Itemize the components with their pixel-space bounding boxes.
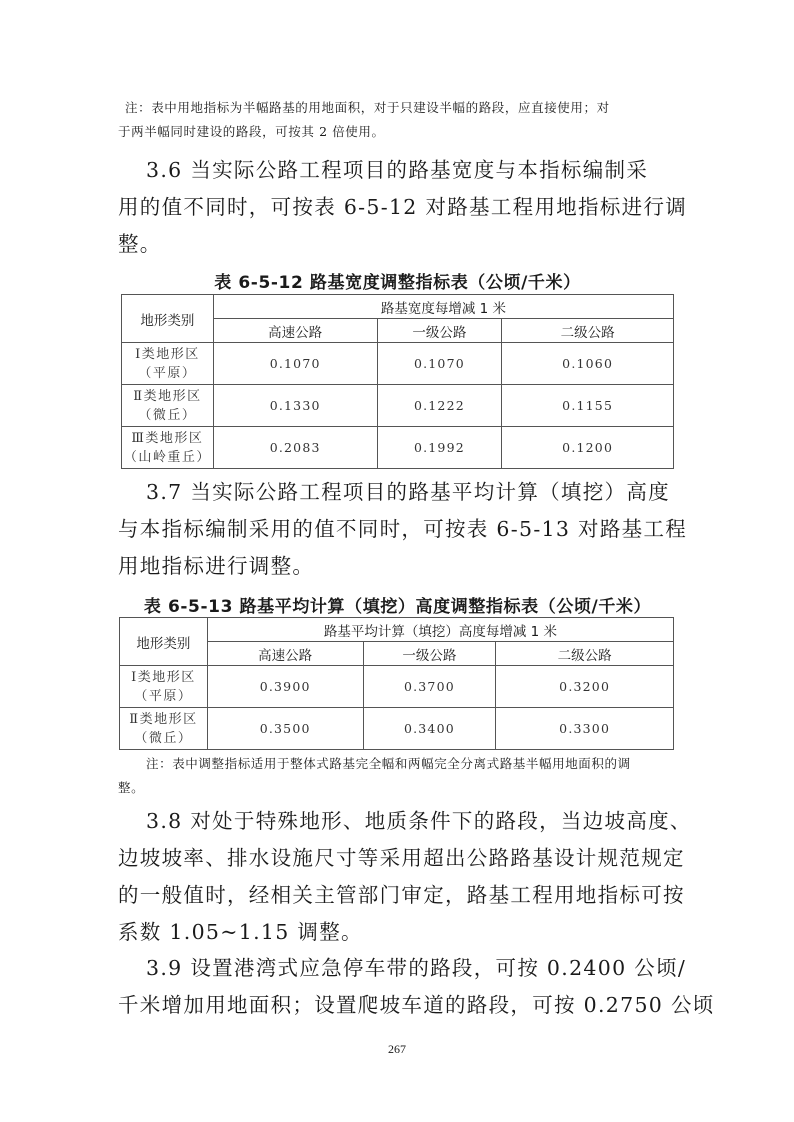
row-label: Ⅱ类地形区 （微丘） (120, 708, 208, 750)
cell-value: 0.1992 (377, 427, 502, 469)
cell-value: 0.3200 (496, 666, 674, 708)
table-6-5-12-caption: 表 6-5-12 路基宽度调整指标表（公顷/千米） (121, 268, 674, 293)
section-3-7: 3.7 当实际公路工程项目的路基平均计算（填挖）高度 与本指标编制采用的值不同时… (118, 474, 688, 585)
table-row: Ⅰ类地形区 （平原） 0.1070 0.1070 0.1060 (122, 343, 674, 385)
section-3-9-line-1: 3.9 设置港湾式应急停车带的路段，可按 0.2400 公顷/ (118, 950, 688, 987)
row-label-line-2: （平原） (122, 364, 213, 383)
section-3-6-line-2: 用的值不同时，可按表 6-5-12 对路基工程用地指标进行调 (118, 189, 688, 226)
row-label: Ⅰ类地形区 （平原） (120, 666, 208, 708)
row-label-line-1: Ⅲ类地形区 (122, 429, 213, 448)
cell-value: 0.1070 (377, 343, 502, 385)
col-header-expressway: 高速公路 (213, 319, 377, 343)
section-3-8-line-1: 3.8 对处于特殊地形、地质条件下的路段，当边坡高度、 (118, 803, 688, 840)
row-label-line-2: （山岭重丘） (122, 448, 213, 467)
col-header-class-2: 二级公路 (496, 642, 674, 666)
section-3-8-line-2: 边坡坡率、排水设施尺寸等采用超出公路路基设计规范规定 (118, 840, 688, 877)
row-header-terrain: 地形类别 (122, 295, 214, 343)
section-3-6-line-1: 3.6 当实际公路工程项目的路基宽度与本指标编制采 (118, 152, 688, 189)
section-3-9-line-2: 千米增加用地面积；设置爬坡车道的路段，可按 0.2750 公顷 (118, 987, 688, 1024)
page-number: 267 (0, 1042, 794, 1057)
group-header-height: 路基平均计算（填挖）高度每增减 1 米 (207, 618, 673, 642)
cell-value: 0.1155 (502, 385, 674, 427)
table-row: Ⅱ类地形区 （微丘） 0.1330 0.1222 0.1155 (122, 385, 674, 427)
table-6-5-12: 地形类别 路基宽度每增减 1 米 高速公路 一级公路 二级公路 Ⅰ类地形区 （平… (121, 294, 674, 469)
row-label-line-2: （微丘） (120, 729, 207, 748)
cell-value: 0.3300 (496, 708, 674, 750)
section-3-7-line-2: 与本指标编制采用的值不同时，可按表 6-5-13 对路基工程 (118, 511, 688, 548)
note-line-2: 整。 (118, 776, 688, 800)
group-header-width: 路基宽度每增减 1 米 (213, 295, 673, 319)
cell-value: 0.3900 (207, 666, 363, 708)
note-top-line-2: 于两半幅同时建设的路段，可按其 2 倍使用。 (118, 120, 678, 144)
row-label: Ⅰ类地形区 （平原） (122, 343, 214, 385)
row-label-line-1: Ⅰ类地形区 (122, 345, 213, 364)
col-header-class-1: 一级公路 (377, 319, 502, 343)
section-3-8: 3.8 对处于特殊地形、地质条件下的路段，当边坡高度、 边坡坡率、排水设施尺寸等… (118, 803, 688, 951)
note-top-continued: 于两半幅同时建设的路段，可按其 2 倍使用。 (118, 120, 678, 144)
cell-value: 0.3500 (207, 708, 363, 750)
row-label: Ⅱ类地形区 （微丘） (122, 385, 214, 427)
note-top-line-1: 注：表中用地指标为半幅路基的用地面积，对于只建设半幅的路段，应直接使用；对 (125, 96, 685, 120)
row-label-line-1: Ⅱ类地形区 (120, 710, 207, 729)
section-3-7-line-1: 3.7 当实际公路工程项目的路基平均计算（填挖）高度 (118, 474, 688, 511)
cell-value: 0.1200 (502, 427, 674, 469)
row-label-line-1: Ⅰ类地形区 (120, 668, 207, 687)
table-row: Ⅲ类地形区 （山岭重丘） 0.2083 0.1992 0.1200 (122, 427, 674, 469)
section-3-7-line-3: 用地指标进行调整。 (118, 548, 688, 585)
cell-value: 0.1070 (213, 343, 377, 385)
cell-value: 0.1060 (502, 343, 674, 385)
section-3-9: 3.9 设置港湾式应急停车带的路段，可按 0.2400 公顷/ 千米增加用地面积… (118, 950, 688, 1024)
col-header-class-1: 一级公路 (363, 642, 496, 666)
cell-value: 0.1222 (377, 385, 502, 427)
cell-value: 0.3400 (363, 708, 496, 750)
cell-value: 0.3700 (363, 666, 496, 708)
note-table-6-5-13: 注：表中调整指标适用于整体式路基完全幅和两幅完全分离式路基半幅用地面积的调 整。 (118, 752, 688, 800)
section-3-8-line-4: 系数 1.05~1.15 调整。 (118, 914, 688, 951)
col-header-class-2: 二级公路 (502, 319, 674, 343)
col-header-expressway: 高速公路 (207, 642, 363, 666)
note-line-1: 注：表中调整指标适用于整体式路基完全幅和两幅完全分离式路基半幅用地面积的调 (118, 752, 688, 776)
section-3-6: 3.6 当实际公路工程项目的路基宽度与本指标编制采 用的值不同时，可按表 6-5… (118, 152, 688, 263)
row-label-line-1: Ⅱ类地形区 (122, 387, 213, 406)
cell-value: 0.1330 (213, 385, 377, 427)
table-row: Ⅱ类地形区 （微丘） 0.3500 0.3400 0.3300 (120, 708, 674, 750)
row-label-line-2: （微丘） (122, 406, 213, 425)
section-3-6-line-3: 整。 (118, 226, 688, 263)
section-3-8-line-3: 的一般值时，经相关主管部门审定，路基工程用地指标可按 (118, 877, 688, 914)
table-6-5-13: 地形类别 路基平均计算（填挖）高度每增减 1 米 高速公路 一级公路 二级公路 … (119, 617, 674, 750)
table-6-5-13-caption: 表 6-5-13 路基平均计算（填挖）高度调整指标表（公顷/千米） (110, 592, 685, 617)
note-top: 注：表中用地指标为半幅路基的用地面积，对于只建设半幅的路段，应直接使用；对 (125, 96, 685, 120)
row-label-line-2: （平原） (120, 687, 207, 706)
row-header-terrain: 地形类别 (120, 618, 208, 666)
cell-value: 0.2083 (213, 427, 377, 469)
row-label: Ⅲ类地形区 （山岭重丘） (122, 427, 214, 469)
table-row: Ⅰ类地形区 （平原） 0.3900 0.3700 0.3200 (120, 666, 674, 708)
